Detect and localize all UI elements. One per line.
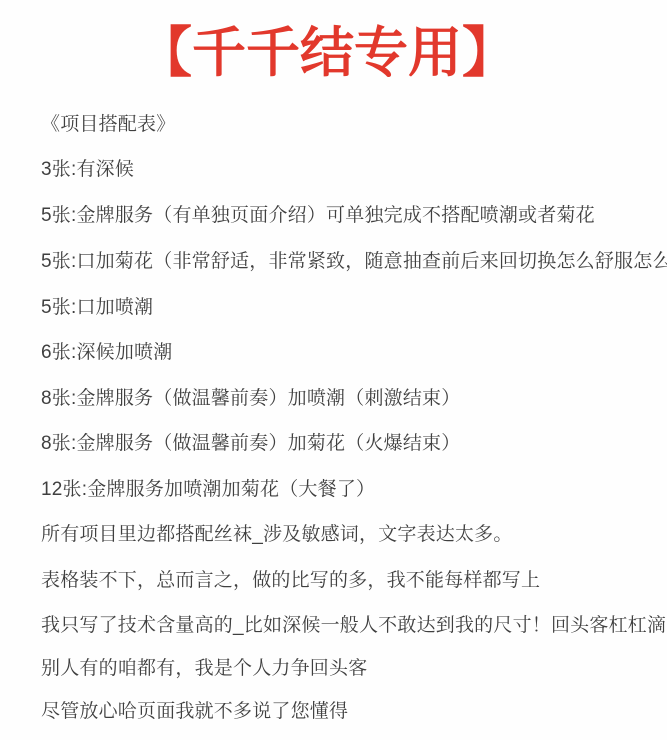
doc-line-heading: 《项目搭配表》 [41, 114, 175, 136]
doc-line: 所有项目里边都搭配丝袜_涉及敏感词，文字表达太多。 [41, 524, 513, 546]
doc-line: 6张:深候加喷潮 [41, 342, 172, 364]
doc-line: 别人有的咱都有，我是个人力争回头客 [41, 658, 367, 680]
doc-line: 5张:口加喷潮 [41, 297, 153, 319]
doc-line: 5张:金牌服务（有单独页面介绍）可单独完成不搭配喷潮或者菊花 [41, 205, 595, 227]
doc-line: 8张:金牌服务（做温馨前奏）加喷潮（刺激结束） [41, 388, 460, 410]
doc-line: 尽管放心哈页面我就不多说了您懂得 [41, 701, 348, 723]
doc-line: 我只写了技术含量高的_比如深候一般人不敢达到我的尺寸！回头客杠杠滴 [41, 615, 666, 637]
doc-line: 5张:口加菊花（非常舒适，非常紧致，随意抽查前后来回切换怎么舒服怎么来） [41, 251, 667, 273]
doc-line: 8张:金牌服务（做温馨前奏）加菊花（火爆结束） [41, 433, 460, 455]
document-page: 【千千结专用】 《项目搭配表》 3张:有深候 5张:金牌服务（有单独页面介绍）可… [0, 0, 667, 740]
page-title: 【千千结专用】 [0, 22, 654, 84]
doc-line: 12张:金牌服务加喷潮加菊花（大餐了） [41, 479, 375, 501]
doc-line: 表格装不下，总而言之，做的比写的多，我不能每样都写上 [41, 570, 540, 592]
doc-line: 3张:有深候 [41, 159, 134, 181]
